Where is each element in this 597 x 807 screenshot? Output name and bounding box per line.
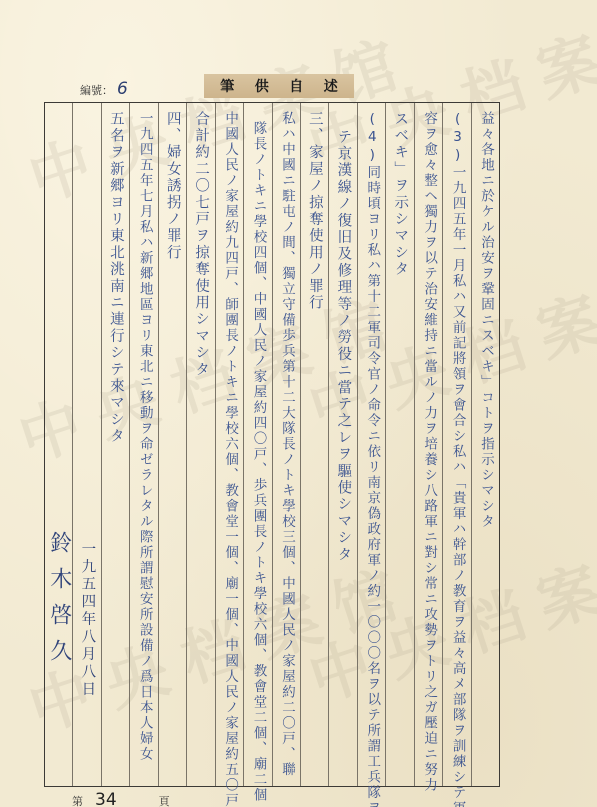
column-text: 五名ヲ新郷ヨリ東北洮南ニ連行シテ來マシタ: [108, 111, 123, 786]
section-heading: 四、婦女誘拐ノ罪行: [165, 111, 180, 786]
document-title: 筆 供 自 述: [204, 74, 354, 98]
text-column: スベキ」ヲ示シマシタ: [385, 103, 413, 786]
column-text: (4)同時頃ヨリ私ハ第十二軍司令官ノ命令ニ依リ南京偽政府軍ノ約一〇〇〇名ヲ以テ所…: [365, 111, 379, 786]
section-heading: 三、家屋ノ掠奪使用ノ罪行: [307, 111, 322, 786]
column-text: 益々各地ニ於ケル治安ヲ鞏固ニスベキ」コトヲ指示シマシタ: [479, 111, 493, 786]
column-text: 中國人民ノ家屋約九四戸、師團長ノトキニ學校六個、教會堂一個、廟一個、中國人民ノ家…: [223, 111, 237, 786]
text-column: 五名ヲ新郷ヨリ東北洮南ニ連行シテ來マシタ: [101, 103, 129, 786]
document-page: 中央档案馆 中央档案馆 中央档案馆 中央档案馆 中央档案馆 中央档案馆 編號： …: [0, 0, 597, 807]
serial-value: 6: [117, 79, 128, 99]
manuscript-grid: 益々各地ニ於ケル治安ヲ鞏固ニスベキ」コトヲ指示シマシタ (3)一九四五年一月私ハ…: [44, 102, 500, 787]
column-text: テ京漢線ノ復旧及修理等ノ勞役ニ當テ之レヲ驅使シマシタ: [336, 111, 351, 786]
page-suffix: 頁: [159, 793, 170, 807]
text-column: 中國人民ノ家屋約九四戸、師團長ノトキニ學校六個、教會堂一個、廟一個、中國人民ノ家…: [215, 103, 243, 786]
title-char: 自: [289, 76, 303, 96]
text-column: (4)同時頃ヨリ私ハ第十二軍司令官ノ命令ニ依リ南京偽政府軍ノ約一〇〇〇名ヲ以テ所…: [357, 103, 385, 786]
column-text: スベキ」ヲ示シマシタ: [393, 111, 408, 786]
text-column: 容ヲ愈々整ヘ獨力ヲ以テ治安維持ニ當ルノ力ヲ培養シ八路軍ニ對シ常ニ攻勢ヲトリ之ガ壓…: [414, 103, 442, 786]
column-text: 一九四五年七月私ハ新郷地區ヨリ東北ニ移動ヲ命ゼラレタル際所謂慰安所設備ノ爲日本人…: [137, 111, 151, 786]
text-column: テ京漢線ノ復旧及修理等ノ勞役ニ當テ之レヲ驅使シマシタ: [328, 103, 356, 786]
text-column: 一九四五年七月私ハ新郷地區ヨリ東北ニ移動ヲ命ゼラレタル際所謂慰安所設備ノ爲日本人…: [129, 103, 157, 786]
date-column: 一九五四年八月八日: [72, 103, 100, 786]
title-char: 供: [255, 76, 269, 96]
title-char: 述: [324, 76, 338, 96]
title-char: 筆: [220, 76, 234, 96]
text-column: 隊長ノトキニ學校四個、中國人民ノ家屋約四〇戸、歩兵團長ノトキ學校六個、教會堂二個…: [243, 103, 271, 786]
section-heading-column: 三、家屋ノ掠奪使用ノ罪行: [300, 103, 328, 786]
signature-name: 鈴木啓久: [48, 111, 70, 786]
page-footer: 第 34 頁: [72, 790, 170, 807]
column-text: (3)一九四五年一月私ハ又前記將領ヲ會合シ私ハ「貴軍ハ幹部ノ教育ヲ益々高メ部隊ヲ…: [450, 111, 464, 786]
column-text: 隊長ノトキニ學校四個、中國人民ノ家屋約四〇戸、歩兵團長ノトキ學校六個、教會堂二個…: [251, 111, 265, 786]
column-text: 合計約二〇七戸ヲ掠奪使用シマシタ: [194, 111, 209, 786]
signature-column: 鈴木啓久: [45, 103, 72, 786]
text-column: 合計約二〇七戸ヲ掠奪使用シマシタ: [186, 103, 214, 786]
text-column: 私ハ中國ニ駐屯ノ間、獨立守備歩兵第十二大隊長ノトキ學校三個、中國人民ノ家屋約二〇…: [272, 103, 300, 786]
serial-number: 編號： 6: [80, 79, 128, 99]
column-text: 私ハ中國ニ駐屯ノ間、獨立守備歩兵第十二大隊長ノトキ學校三個、中國人民ノ家屋約二〇…: [279, 111, 293, 786]
serial-label: 編號：: [80, 82, 113, 98]
column-text: 容ヲ愈々整ヘ獨力ヲ以テ治安維持ニ當ルノ力ヲ培養シ八路軍ニ對シ常ニ攻勢ヲトリ之ガ壓…: [422, 111, 436, 786]
text-column: 益々各地ニ於ケル治安ヲ鞏固ニスベキ」コトヲ指示シマシタ: [471, 103, 499, 786]
page-prefix: 第: [72, 793, 83, 807]
signature-date: 一九五四年八月八日: [80, 111, 95, 786]
section-heading-column: 四、婦女誘拐ノ罪行: [158, 103, 186, 786]
text-column: (3)一九四五年一月私ハ又前記將領ヲ會合シ私ハ「貴軍ハ幹部ノ教育ヲ益々高メ部隊ヲ…: [442, 103, 470, 786]
page-number: 34: [95, 790, 117, 807]
